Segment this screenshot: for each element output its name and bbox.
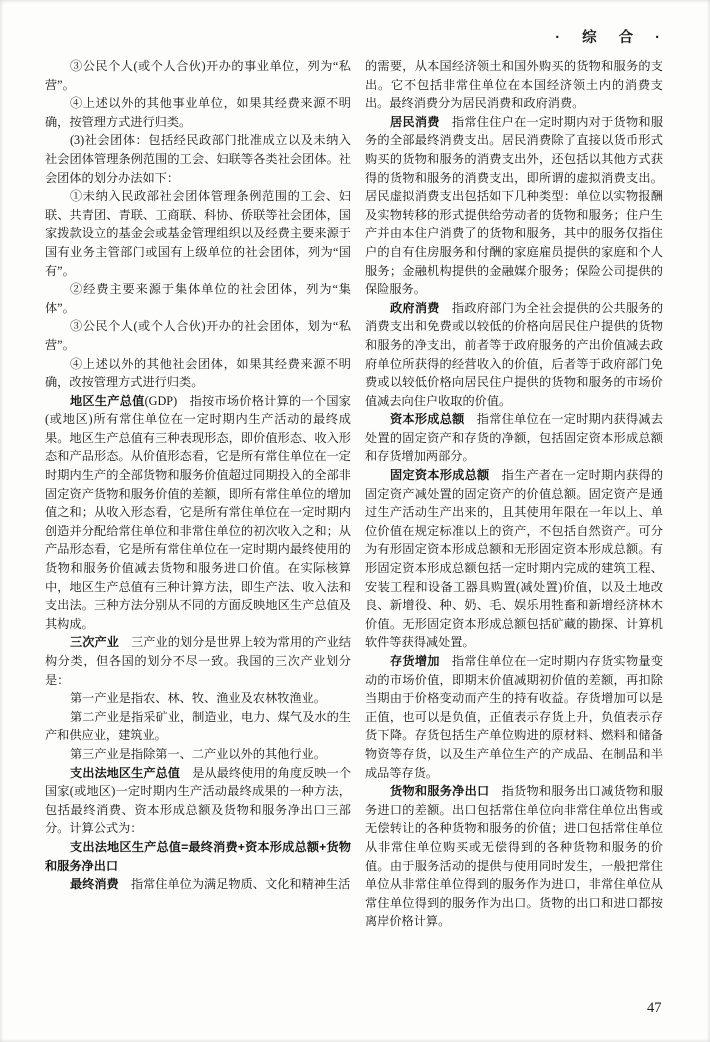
paragraph: 存货增加指常住单位在一定时期内存货实物量变动的市场价值，即期末价值减期初价值的差… xyxy=(365,652,663,782)
paragraph: 地区生产总值(GDP)指按市场价格计算的一个国家(或地区)所有常住单位在一定时期… xyxy=(45,392,351,634)
term-label: 固定资本形成总额 xyxy=(390,468,489,482)
term-label: 货物和服务净出口 xyxy=(390,784,489,798)
paragraph: 居民消费指常住住户在一定时期内对于货物和服务的全部最终消费支出。居民消费除了直接… xyxy=(365,113,663,299)
section-title: · 综 合 · xyxy=(555,30,666,46)
paragraph: ④上述以外的其他事业单位，如果其经费来源不明确，按管理方式进行归类。 xyxy=(45,94,351,131)
paragraph: ①未纳入民政部社会团体管理条例范围的工会、妇联、共青团、青联、工商联、科协、侨联… xyxy=(45,187,351,280)
term-suffix: (GDP) xyxy=(145,394,178,408)
term-label: 三次产业 xyxy=(70,635,119,649)
term-label: 资本形成总额 xyxy=(390,412,465,426)
paragraph: 货物和服务净出口指货物和服务出口减货物和服务进口的差额。出口包括常住单位向非常住… xyxy=(365,782,663,931)
paragraph: 政府消费指政府部门为全社会提供的公共服务的消费支出和免费或以较低的价格向居民住户… xyxy=(365,299,663,411)
term-label: 最终消费 xyxy=(70,877,119,891)
paragraph: 的需要，从本国经济领土和国外购买的货物和服务的支出。它不包括非常住单位在本国经济… xyxy=(365,57,663,113)
paragraph: ③公民个人(或个人合伙)开办的事业单位，列为“私营”。 xyxy=(45,57,351,94)
paragraph: ③公民个人(或个人合伙)开办的社会团体，划为“私营”。 xyxy=(45,317,351,354)
paragraph: ④上述以外的其他社会团体，如果其经费来源不明确，改按管理方式进行归类。 xyxy=(45,355,351,392)
paragraph: 最终消费指常住单位为满足物质、文化和精神生活 xyxy=(45,875,351,894)
paragraph: 支出法地区生产总值=最终消费+资本形成总额+货物和服务净出口 xyxy=(45,838,351,875)
paragraph: 固定资本形成总额指生产者在一定时期内获得的固定资产减处置的固定资产的价值总额。固… xyxy=(365,466,663,652)
term-label: 政府消费 xyxy=(390,301,440,315)
page-header: · 综 合 · xyxy=(555,26,666,47)
paragraph: 支出法地区生产总值是从最终使用的角度反映一个国家(或地区)一定时期内生产活动最终… xyxy=(45,764,351,838)
paragraph: (3)社会团体：包括经民政部门批准成立以及未纳入社会团体管理条例范围的工会、妇联… xyxy=(45,131,351,187)
paragraph: 资本形成总额指常住单位在一定时期内获得减去处置的固定资产和存货的净额，包括固定资… xyxy=(365,410,663,466)
document-page: · 综 合 · ③公民个人(或个人合伙)开办的事业单位，列为“私营”。④上述以外… xyxy=(0,0,710,1042)
paragraph: 第二产业是指采矿业，制造业，电力、煤气及水的生产和供应业，建筑业。 xyxy=(45,708,351,745)
paragraph: 三次产业三产业的划分是世界上较为常用的产业结构分类，但各国的划分不尽一致。我国的… xyxy=(45,633,351,689)
column-right: 的需要，从本国经济领土和国外购买的货物和服务的支出。它不包括非常住单位在本国经济… xyxy=(365,57,663,931)
paragraph: 第三产业是指除第一、二产业以外的其他行业。 xyxy=(45,745,351,764)
paragraph: ②经费主要来源于集体单位的社会团体，列为“集体”。 xyxy=(45,280,351,317)
term-label: 地区生产总值 xyxy=(70,394,145,408)
term-label: 居民消费 xyxy=(390,115,440,129)
page-number: 47 xyxy=(647,1000,662,1017)
paragraph: 第一产业是指农、林、牧、渔业及农林牧渔业。 xyxy=(45,689,351,708)
column-left: ③公民个人(或个人合伙)开办的事业单位，列为“私营”。④上述以外的其他事业单位，… xyxy=(45,57,351,894)
term-label: 存货增加 xyxy=(390,654,440,668)
term-label: 支出法地区生产总值 xyxy=(70,766,180,780)
